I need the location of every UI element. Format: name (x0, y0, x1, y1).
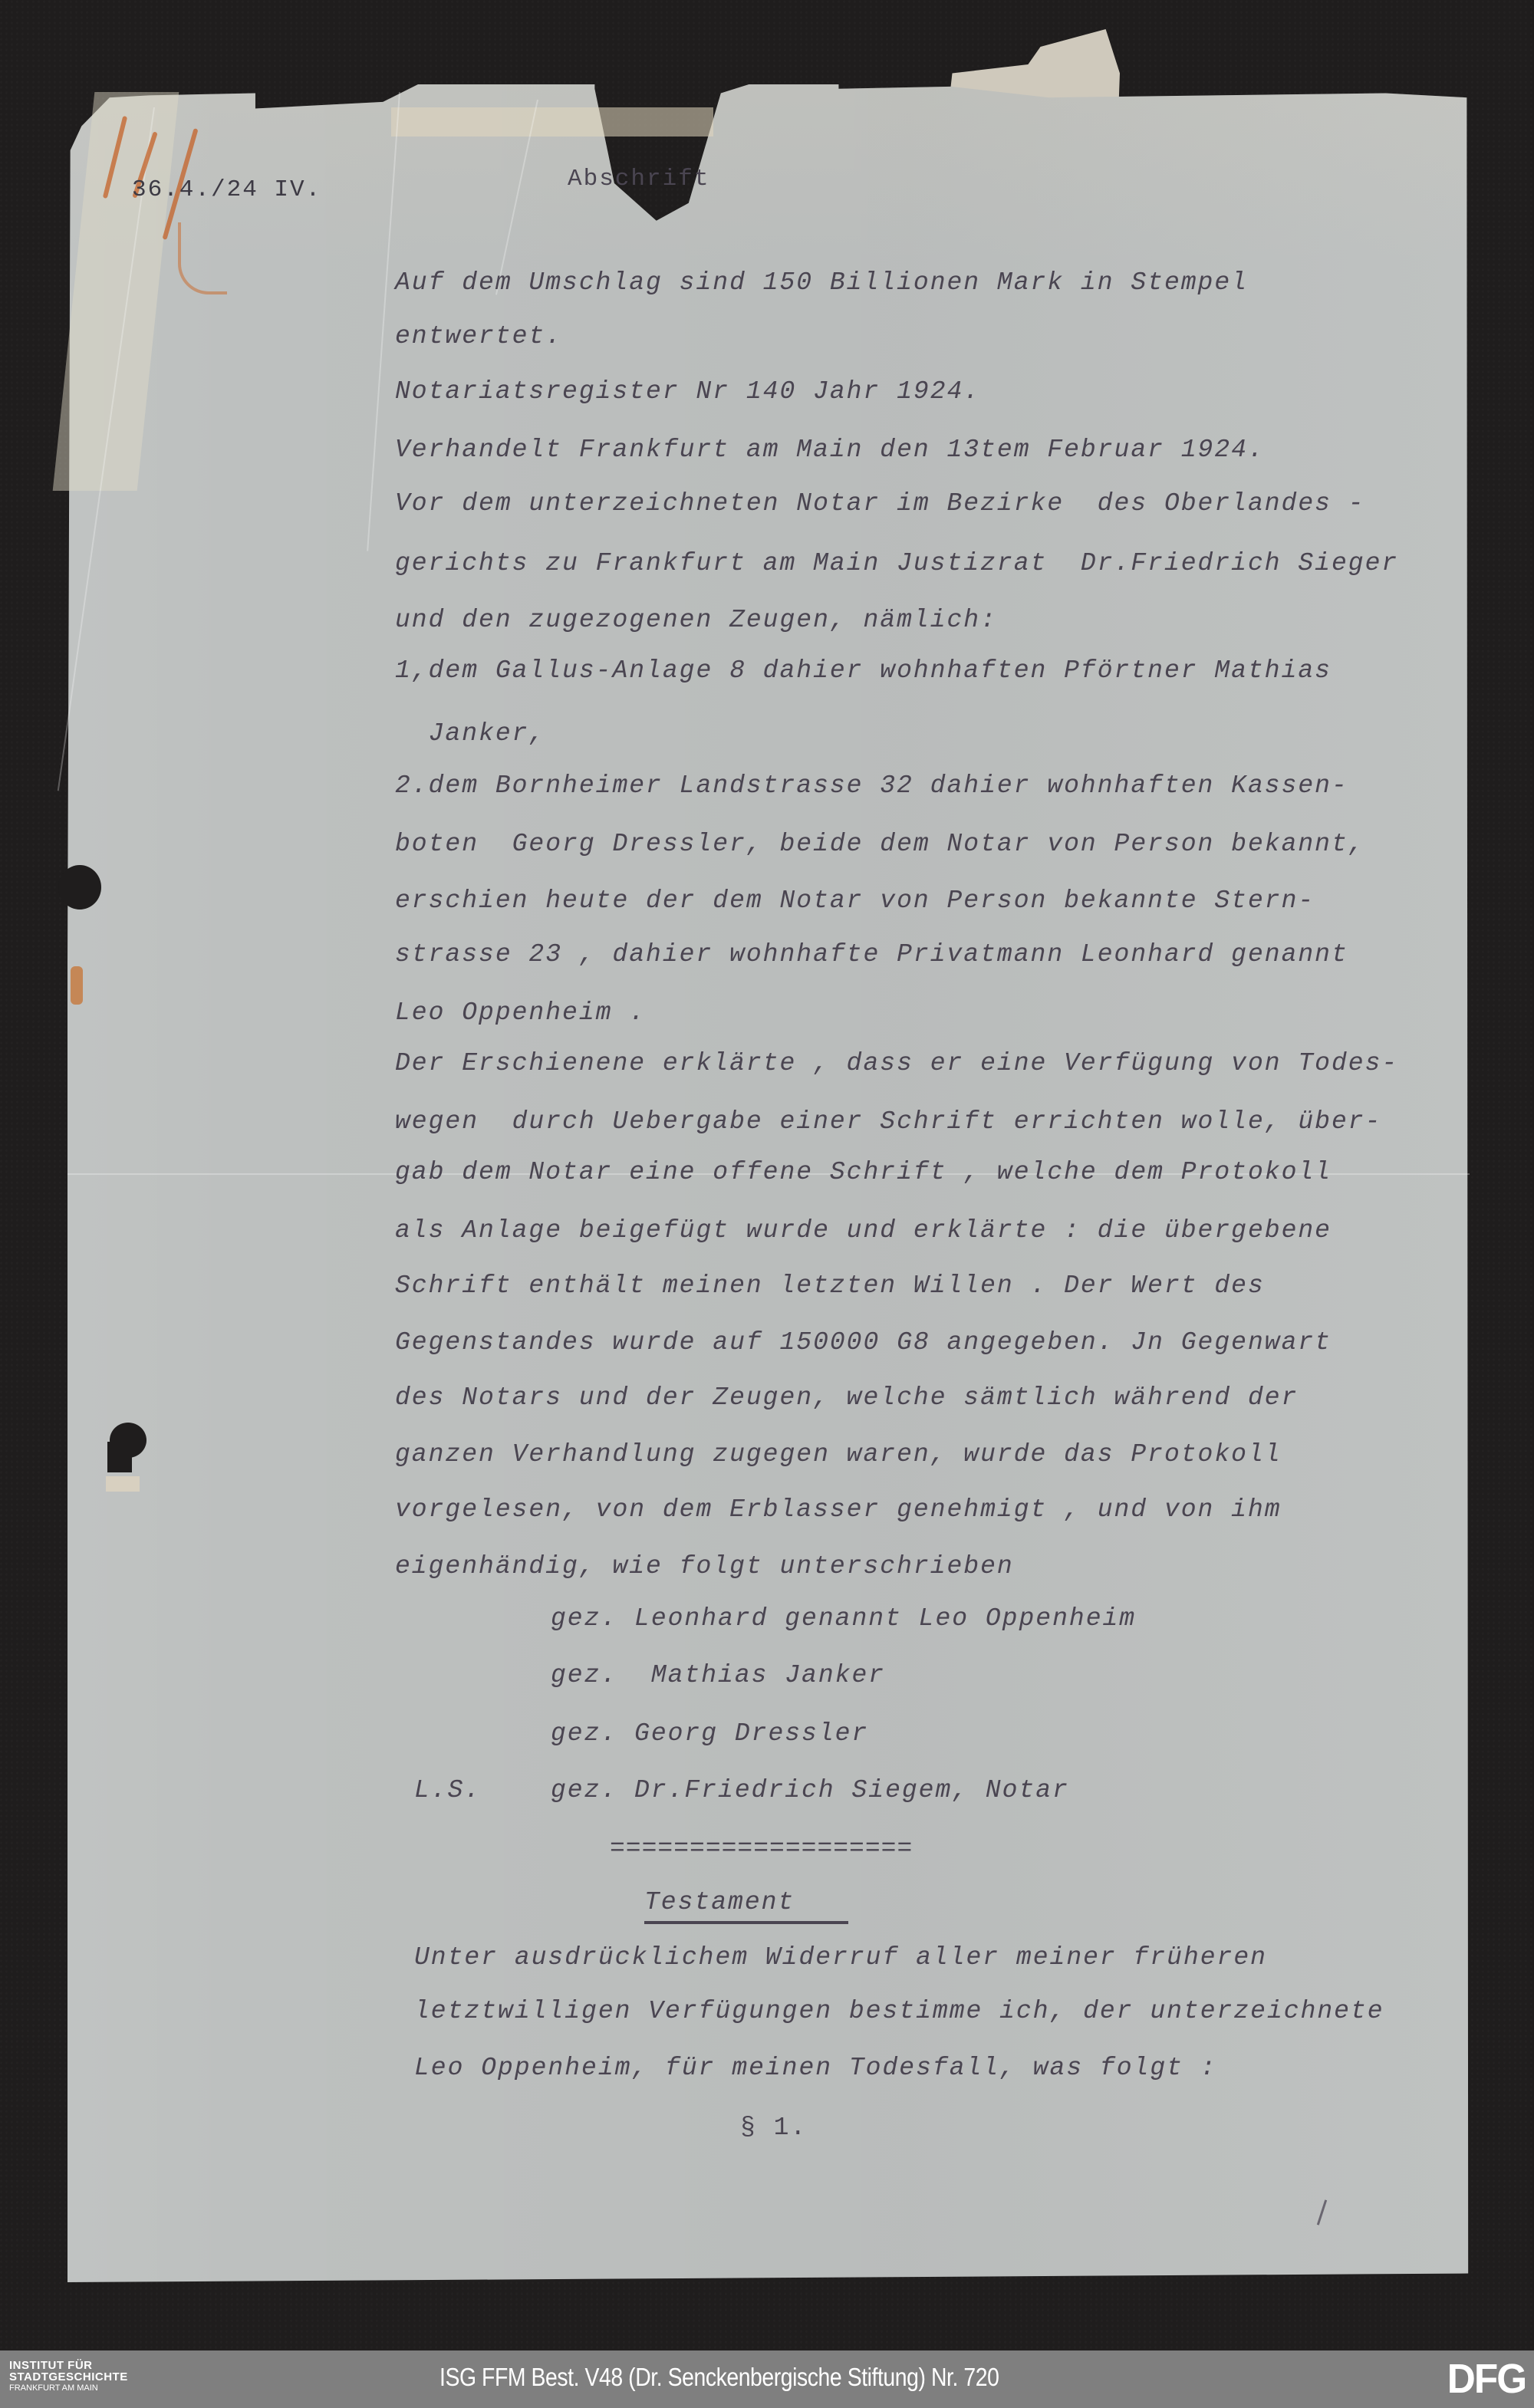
punch-hole-tear (107, 1442, 132, 1472)
body-line: 1,dem Gallus-Anlage 8 dahier wohnhaften … (395, 658, 1332, 683)
body-line: Auf dem Umschlag sind 150 Billionen Mark… (395, 270, 1248, 295)
institution-logo: INSTITUT FÜR STADTGESCHICHTE FRANKFURT A… (9, 2360, 128, 2393)
institution-name-line2: STADTGESCHICHTE (9, 2371, 128, 2383)
section-title: Testament (644, 1890, 848, 1924)
crayon-mark (178, 222, 227, 294)
body-line: und den zugezogenen Zeugen, nämlich: (395, 607, 997, 633)
body-line: 2.dem Bornheimer Landstrasse 32 dahier w… (395, 773, 1348, 798)
body-line: Der Erschienene erklärte , dass er eine … (395, 1051, 1398, 1076)
institution-location: FRANKFURT AM MAIN (9, 2384, 128, 2393)
testament-line: Unter ausdrücklichem Widerruf aller mein… (414, 1945, 1267, 1970)
reference-number: 36.4./24 IV. (132, 178, 321, 202)
body-line: Vor dem unterzeichneten Notar im Bezirke… (395, 491, 1365, 516)
body-line: strasse 23 , dahier wohnhafte Privatmann… (395, 942, 1348, 967)
dfg-logo: DFG (1447, 2358, 1526, 2400)
body-line: Schrift enthält meinen letzten Willen . … (395, 1273, 1265, 1298)
body-line: gab dem Notar eine offene Schrift , welc… (395, 1160, 1332, 1185)
body-line: als Anlage beigefügt wurde und erklärte … (395, 1218, 1332, 1243)
body-line: Notariatsregister Nr 140 Jahr 1924. (395, 379, 980, 404)
body-line: boten Georg Dressler, beide dem Notar vo… (395, 831, 1365, 857)
signature-line: gez. Georg Dressler (551, 1721, 868, 1746)
punch-hole (58, 865, 101, 910)
body-line: eigenhändig, wie folgt unterschrieben (395, 1554, 1014, 1579)
rust-stain (71, 966, 83, 1005)
body-line: ganzen Verhandlung zugegen waren, wurde … (395, 1442, 1282, 1467)
paper-patch (106, 1476, 140, 1492)
seal-label: L.S. (414, 1778, 481, 1803)
institution-name-line1: INSTITUT FÜR (9, 2360, 128, 2371)
testament-line: letztwilligen Verfügungen bestimme ich, … (414, 1998, 1384, 2024)
archive-signature-caption: ISG FFM Best. V48 (Dr. Senckenbergische … (439, 2363, 999, 2392)
separator-line: =================== (610, 1836, 913, 1861)
testament-line: Leo Oppenheim, für meinen Todesfall, was… (414, 2055, 1217, 2081)
paper-repair-strip (391, 107, 713, 137)
body-line: Gegenstandes wurde auf 150000 G8 angegeb… (395, 1330, 1332, 1355)
body-line: gerichts zu Frankfurt am Main Justizrat … (395, 551, 1398, 576)
body-line: des Notars und der Zeugen, welche sämtli… (395, 1385, 1298, 1410)
body-line: entwertet. (395, 324, 562, 349)
body-line: Janker, (395, 721, 545, 746)
body-line: vorgelesen, von dem Erblasser genehmigt … (395, 1497, 1282, 1522)
body-line: wegen durch Uebergabe einer Schrift erri… (395, 1109, 1381, 1134)
body-line: Leo Oppenheim . (395, 1000, 646, 1025)
archive-footer: INSTITUT FÜR STADTGESCHICHTE FRANKFURT A… (0, 2350, 1534, 2408)
document-heading: Abschrift (568, 167, 709, 191)
signature-line: gez. Mathias Janker (551, 1663, 885, 1688)
signature-line: gez. Dr.Friedrich Siegem, Notar (551, 1778, 1069, 1803)
body-line: Verhandelt Frankfurt am Main den 13tem F… (395, 437, 1265, 462)
signature-line: gez. Leonhard genannt Leo Oppenheim (551, 1606, 1136, 1631)
body-line: erschien heute der dem Notar von Person … (395, 888, 1315, 913)
paragraph-marker: § 1. (740, 2115, 807, 2140)
